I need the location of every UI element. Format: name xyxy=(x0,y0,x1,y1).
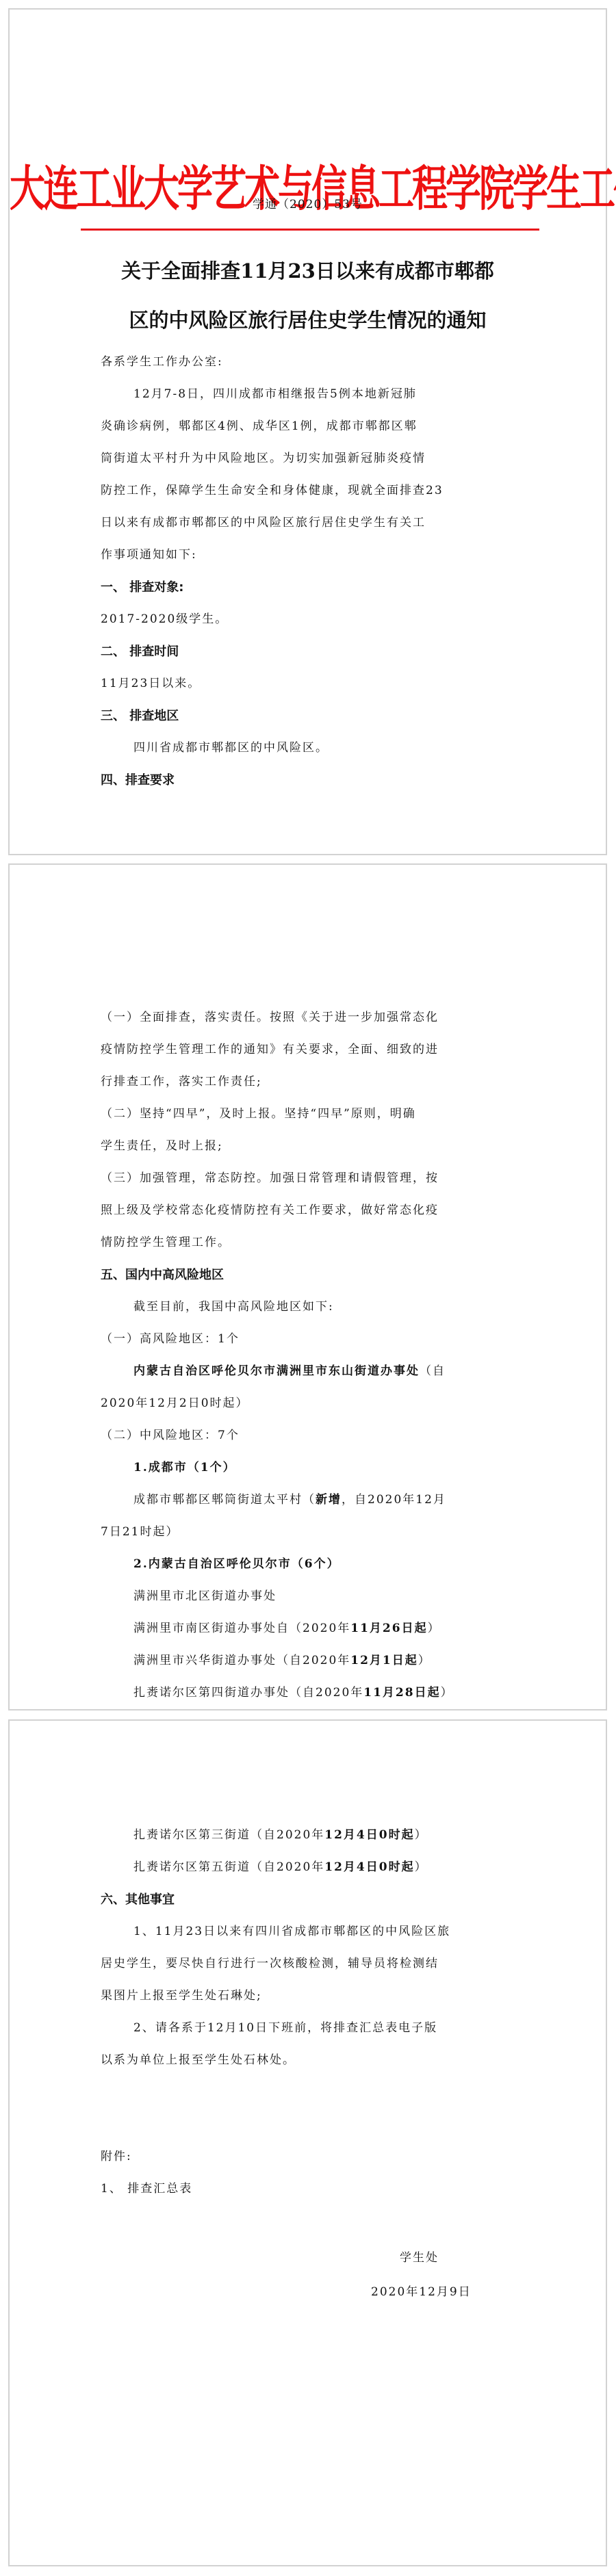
area-name: 扎赉诺尔区第四街道办事处（自2020年 xyxy=(133,1686,363,1700)
requirement-line: 疫情防控学生管理工作的通知》有关要求，全面、细致的进 xyxy=(101,1034,525,1066)
intro-line: 12月7-8日，四川成都市相继报告5例本地新冠肺 xyxy=(101,378,525,411)
requirement-line: （一）全面排查，落实责任。按照《关于进一步加强常态化 xyxy=(101,1002,525,1034)
section-heading-targets: 一、 排查对象: xyxy=(101,571,525,603)
attachment-item[interactable]: 1、 排查汇总表 xyxy=(101,2173,525,2205)
high-risk-label: （一）高风险地区：1个 xyxy=(101,1323,525,1355)
area-tail: ） xyxy=(441,1686,454,1700)
area-name: 满洲里市北区街道办事处 xyxy=(133,1589,277,1603)
requirement-line: 情防控学生管理工作。 xyxy=(101,1227,525,1259)
chengdu-area: 成都市郫都区郫筒街道太平村（新增，自2020年12月 xyxy=(101,1484,525,1516)
high-risk-area-name: 内蒙古自治区呼伦贝尔市满洲里市东山街道办事处 xyxy=(133,1364,420,1378)
section-heading-other: 六、其他事宜 xyxy=(101,1884,525,1916)
mid-risk-area: 扎赉诺尔区第四街道办事处（自2020年11月28日起） xyxy=(101,1677,525,1709)
high-risk-area-date: 2020年12月2日0时起） xyxy=(101,1388,525,1420)
requirement-line: 照上级及学校常态化疫情防控有关工作要求，做好常态化疫 xyxy=(101,1195,525,1227)
intro-line: 筒街道太平村升为中风险地区。为切实加强新冠肺炎疫情 xyxy=(101,443,525,475)
intro-line: 炎确诊病例，郫都区4例、成华区1例，成都市郫都区郫 xyxy=(101,411,525,443)
hulunbuir-heading: 2.内蒙古自治区呼伦贝尔市（6个） xyxy=(101,1548,525,1580)
chengdu-area-text: 成都市郫都区郫筒街道太平村（ xyxy=(133,1493,316,1507)
intro-line: 防控工作，保障学生生命安全和身体健康，现就全面排查23 xyxy=(101,475,525,507)
document-page-2: （一）全面排查，落实责任。按照《关于进一步加强常态化 疫情防控学生管理工作的通知… xyxy=(8,863,607,1710)
area-date: 12月4日0时起 xyxy=(324,1828,414,1842)
document-page-3: 扎赉诺尔区第三街道（自2020年12月4日0时起） 扎赉诺尔区第五街道（自202… xyxy=(8,1719,607,2566)
requirement-line: 行排查工作，落实工作责任; xyxy=(101,1066,525,1098)
area-name: 满洲里市兴华街道办事处（自2020年 xyxy=(133,1654,350,1667)
other-line: 居史学生，要尽快自行进行一次核酸检测，辅导员将检测结 xyxy=(101,1948,525,1980)
mid-risk-area: 扎赉诺尔区第五街道（自2020年12月4日0时起） xyxy=(101,1851,525,1884)
page2-body: （一）全面排查，落实责任。按照《关于进一步加强常态化 疫情防控学生管理工作的通知… xyxy=(101,1002,525,1709)
area-tail: ） xyxy=(415,1828,428,1842)
area-tail: ） xyxy=(415,1860,428,1874)
new-tag: 新增 xyxy=(316,1493,342,1507)
section-body-region: 四川省成都市郫都区的中风险区。 xyxy=(101,732,525,764)
chengdu-area-date-cont: 7日21时起） xyxy=(101,1516,525,1548)
page3-body: 扎赉诺尔区第三街道（自2020年12月4日0时起） 扎赉诺尔区第五街道（自202… xyxy=(101,1819,525,2205)
section-body-targets: 2017-2020级学生。 xyxy=(101,603,525,636)
intro-line: 日以来有成都市郫都区的中风险区旅行居住史学生有关工 xyxy=(101,507,525,539)
mid-risk-area: 扎赉诺尔区第三街道（自2020年12月4日0时起） xyxy=(101,1819,525,1851)
attachment-label: 附件: xyxy=(101,2141,525,2173)
area-tail: ） xyxy=(428,1622,441,1635)
mid-risk-label: （二）中风险地区：7个 xyxy=(101,1420,525,1452)
other-line: 以系为单位上报至学生处石林处。 xyxy=(101,2044,525,2077)
section-heading-time: 二、 排查时间 xyxy=(101,636,525,668)
page1-body: 各系学生工作办公室: 12月7-8日，四川成都市相继报告5例本地新冠肺 炎确诊病… xyxy=(101,346,525,796)
mid-risk-area: 满洲里市兴华街道办事处（自2020年12月1日起） xyxy=(101,1645,525,1677)
section-heading-risk-areas: 五、国内中高风险地区 xyxy=(101,1259,525,1291)
document-page-1: 大连工业大学艺术与信息工程学院学生工作处 学通（2020）53号 关于全面排查1… xyxy=(8,8,607,855)
other-line: 1、11月23日以来有四川省成都市郫都区的中风险区旅 xyxy=(101,1916,525,1948)
mid-risk-area: 满洲里市南区街道办事处自（2020年11月26日起） xyxy=(101,1613,525,1645)
requirement-line: （二）坚持“四早”，及时上报。坚持“四早”原则，明确 xyxy=(101,1098,525,1130)
intro-line: 作事项通知如下: xyxy=(101,539,525,571)
requirement-line: 学生责任，及时上报; xyxy=(101,1130,525,1162)
section-body-time: 11月23日以来。 xyxy=(101,668,525,700)
area-tail: ） xyxy=(418,1654,431,1667)
salutation: 各系学生工作办公室: xyxy=(101,346,525,378)
chengdu-heading: 1.成都市（1个） xyxy=(101,1452,525,1484)
section-heading-region: 三、 排查地区 xyxy=(101,700,525,732)
area-name: 扎赉诺尔区第五街道（自2020年 xyxy=(133,1860,324,1874)
other-line: 2、请各系于12月10日下班前，将排查汇总表电子版 xyxy=(101,2012,525,2044)
red-divider-line xyxy=(81,229,539,231)
high-risk-area: 内蒙古自治区呼伦贝尔市满洲里市东山街道办事处（自 xyxy=(101,1355,525,1388)
area-date: 11月26日起 xyxy=(350,1622,427,1635)
high-risk-area-tail: （自 xyxy=(420,1364,446,1378)
document-number: 学通（2020）53号 xyxy=(10,194,606,211)
area-date: 12月4日0时起 xyxy=(324,1860,414,1874)
other-line: 果图片上报至学生处石琳处; xyxy=(101,1980,525,2012)
area-name: 满洲里市南区街道办事处自（2020年 xyxy=(133,1622,350,1635)
area-date: 11月28日起 xyxy=(363,1686,440,1700)
notice-title-line-1: 关于全面排查11月23日以来有成都市郫都 xyxy=(10,256,606,284)
mid-risk-area: 满洲里市北区街道办事处 xyxy=(101,1580,525,1613)
requirement-line: （三）加强管理，常态防控。加强日常管理和请假管理，按 xyxy=(101,1162,525,1195)
section-heading-requirements: 四、排查要求 xyxy=(101,764,525,796)
signature-org: 学生处 xyxy=(400,2248,439,2265)
chengdu-area-date: ，自2020年12月 xyxy=(342,1493,446,1507)
signature-date: 2020年12月9日 xyxy=(371,2282,472,2299)
risk-areas-intro: 截至目前，我国中高风险地区如下: xyxy=(101,1291,525,1323)
area-name: 扎赉诺尔区第三街道（自2020年 xyxy=(133,1828,324,1842)
notice-title-line-2: 区的中风险区旅行居住史学生情况的通知 xyxy=(10,305,606,333)
area-date: 12月1日起 xyxy=(350,1654,418,1667)
